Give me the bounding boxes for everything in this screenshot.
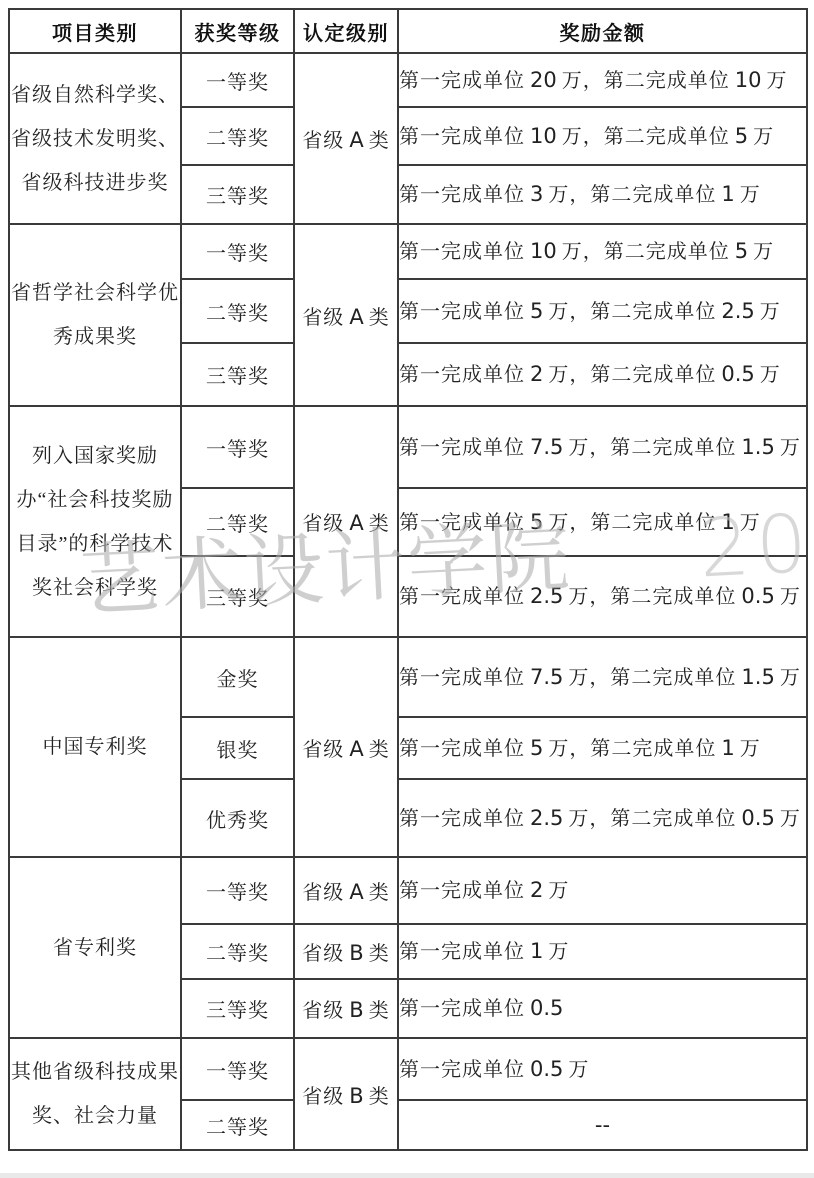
category-cell: 其他省级科技成果奖、社会力量	[9, 1038, 181, 1150]
amount-cell: 第一完成单位10万，第二完成单位5万	[398, 224, 807, 279]
grade-cell: 一等奖	[181, 857, 294, 924]
category-cell: 省专利奖	[9, 857, 181, 1038]
table-row: 其他省级科技成果奖、社会力量一等奖省级B类第一完成单位0.5万	[9, 1038, 807, 1100]
table-header-row: 项目类别 获奖等级 认定级别 奖励金额	[9, 9, 807, 53]
grade-cell: 二等奖	[181, 279, 294, 343]
grade-cell: 二等奖	[181, 1100, 294, 1150]
level-cell: 省级A类	[294, 224, 398, 406]
col-header-category: 项目类别	[9, 9, 181, 53]
grade-cell: 三等奖	[181, 165, 294, 224]
table-row: 中国专利奖金奖省级A类第一完成单位7.5万，第二完成单位1.5万	[9, 637, 807, 717]
category-cell: 列入国家奖励办“社会科技奖励目录”的科学技术奖社会科学奖	[9, 406, 181, 637]
grade-cell: 一等奖	[181, 224, 294, 279]
amount-cell: 第一完成单位1万	[398, 924, 807, 979]
table-row: 省哲学社会科学优秀成果奖一等奖省级A类第一完成单位10万，第二完成单位5万	[9, 224, 807, 279]
amount-cell: 第一完成单位2万	[398, 857, 807, 924]
level-cell: 省级B类	[294, 979, 398, 1038]
level-cell: 省级B类	[294, 1038, 398, 1150]
amount-cell: --	[398, 1100, 807, 1150]
grade-cell: 三等奖	[181, 343, 294, 406]
grade-cell: 二等奖	[181, 107, 294, 165]
grade-cell: 三等奖	[181, 556, 294, 637]
amount-cell: 第一完成单位7.5万，第二完成单位1.5万	[398, 637, 807, 717]
table-row: 省级自然科学奖、省级技术发明奖、省级科技进步奖一等奖省级A类第一完成单位20万，…	[9, 53, 807, 107]
level-cell: 省级A类	[294, 637, 398, 857]
table-row: 列入国家奖励办“社会科技奖励目录”的科学技术奖社会科学奖一等奖省级A类第一完成单…	[9, 406, 807, 488]
level-cell: 省级A类	[294, 53, 398, 224]
level-cell: 省级B类	[294, 924, 398, 979]
grade-cell: 一等奖	[181, 1038, 294, 1100]
page-bottom-edge	[0, 1173, 814, 1178]
grade-cell: 优秀奖	[181, 779, 294, 857]
amount-cell: 第一完成单位10万，第二完成单位5万	[398, 107, 807, 165]
col-header-award-grade: 获奖等级	[181, 9, 294, 53]
grade-cell: 二等奖	[181, 924, 294, 979]
category-cell: 省哲学社会科学优秀成果奖	[9, 224, 181, 406]
amount-cell: 第一完成单位7.5万，第二完成单位1.5万	[398, 406, 807, 488]
document-page: 项目类别 获奖等级 认定级别 奖励金额 省级自然科学奖、省级技术发明奖、省级科技…	[0, 0, 814, 1178]
amount-cell: 第一完成单位2.5万，第二完成单位0.5万	[398, 779, 807, 857]
amount-cell: 第一完成单位5万，第二完成单位1万	[398, 488, 807, 556]
category-cell: 中国专利奖	[9, 637, 181, 857]
table-body: 省级自然科学奖、省级技术发明奖、省级科技进步奖一等奖省级A类第一完成单位20万，…	[9, 53, 807, 1150]
amount-cell: 第一完成单位2万，第二完成单位0.5万	[398, 343, 807, 406]
amount-cell: 第一完成单位20万，第二完成单位10万	[398, 53, 807, 107]
col-header-amount: 奖励金额	[398, 9, 807, 53]
col-header-level: 认定级别	[294, 9, 398, 53]
amount-cell: 第一完成单位2.5万，第二完成单位0.5万	[398, 556, 807, 637]
amount-cell: 第一完成单位5万，第二完成单位1万	[398, 717, 807, 779]
table-row: 省专利奖一等奖省级A类第一完成单位2万	[9, 857, 807, 924]
amount-cell: 第一完成单位3万，第二完成单位1万	[398, 165, 807, 224]
grade-cell: 银奖	[181, 717, 294, 779]
grade-cell: 金奖	[181, 637, 294, 717]
level-cell: 省级A类	[294, 406, 398, 637]
grade-cell: 二等奖	[181, 488, 294, 556]
level-cell: 省级A类	[294, 857, 398, 924]
grade-cell: 三等奖	[181, 979, 294, 1038]
amount-cell: 第一完成单位0.5	[398, 979, 807, 1038]
amount-cell: 第一完成单位0.5万	[398, 1038, 807, 1100]
grade-cell: 一等奖	[181, 53, 294, 107]
amount-cell: 第一完成单位5万，第二完成单位2.5万	[398, 279, 807, 343]
awards-table: 项目类别 获奖等级 认定级别 奖励金额 省级自然科学奖、省级技术发明奖、省级科技…	[8, 8, 808, 1151]
category-cell: 省级自然科学奖、省级技术发明奖、省级科技进步奖	[9, 53, 181, 224]
grade-cell: 一等奖	[181, 406, 294, 488]
